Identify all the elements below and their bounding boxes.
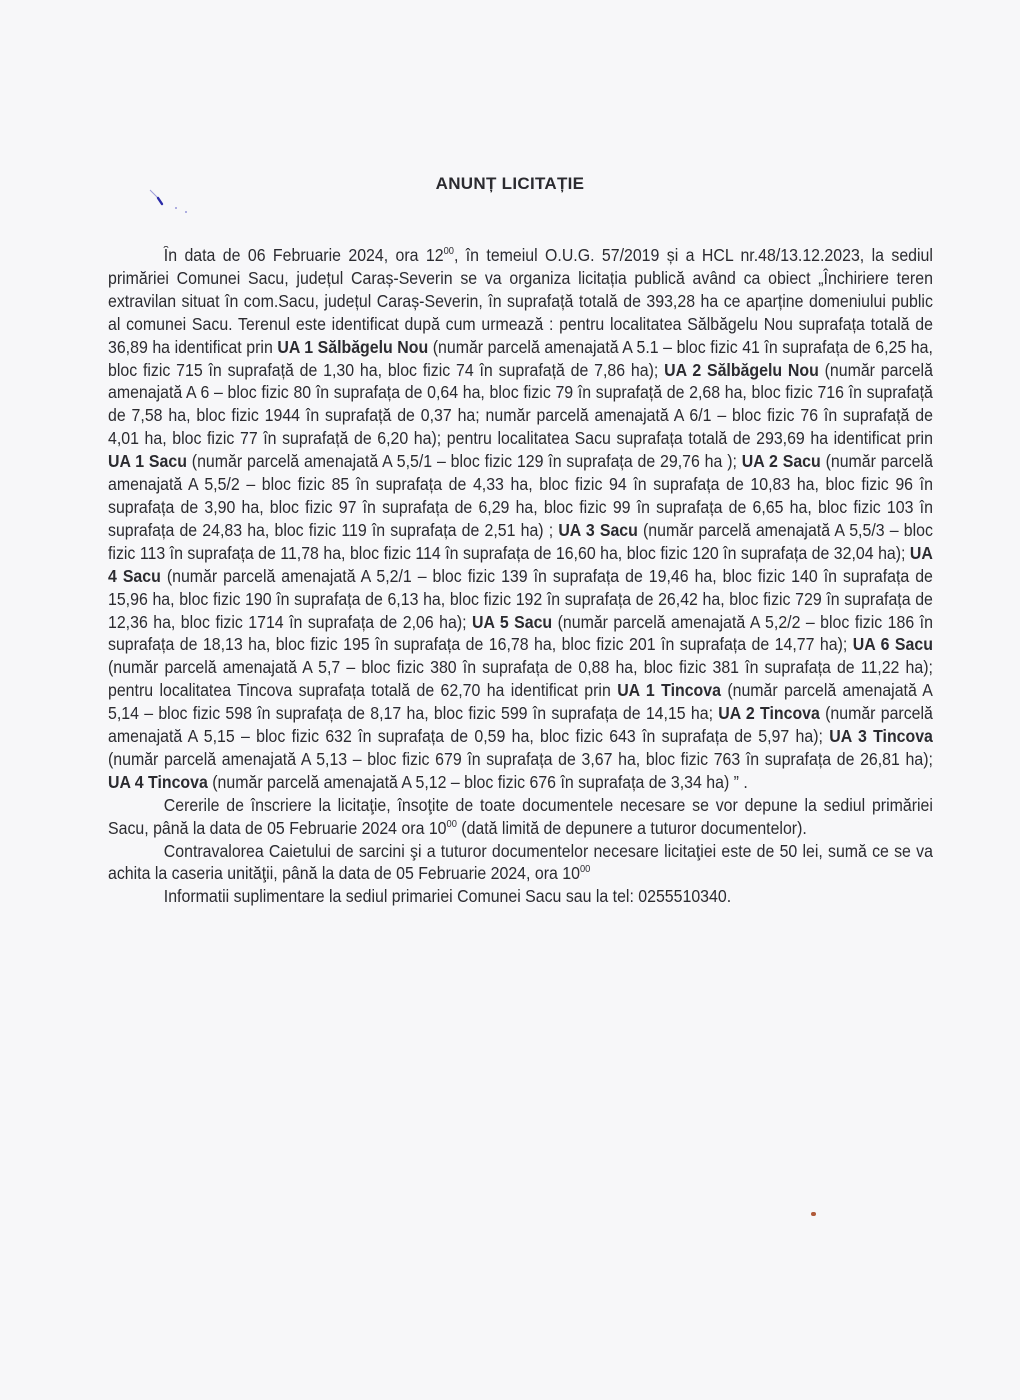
paragraph-contact: Informatii suplimentare la sediul primar… — [108, 886, 933, 909]
ink-dot-icon — [811, 1212, 816, 1216]
paragraph-announcement: În data de 06 Februarie 2024, ora 1200, … — [108, 245, 933, 795]
ua-label: UA 1 Sălbăgelu Nou — [277, 338, 428, 357]
ua-label: UA 3 Sacu — [558, 521, 638, 540]
ua-label: UA 2 Sacu — [742, 452, 821, 471]
ua-label: UA 1 Tincova — [617, 681, 721, 700]
paragraph-registration: Cererile de înscriere la licitaţie, înso… — [108, 795, 933, 841]
text-segment: În data de 06 Februarie 2024, ora 12 — [164, 246, 444, 265]
text-segment: Contravalorea Caietului de sarcini şi a … — [108, 842, 933, 884]
scanned-page: ANUNȚ LICITAȚIE În data de 06 Februarie … — [0, 0, 1020, 1400]
text-segment: Informatii suplimentare la sediul primar… — [164, 887, 731, 906]
document-body: În data de 06 Februarie 2024, ora 1200, … — [108, 245, 933, 909]
ua-label: UA 4 Tincova — [108, 773, 208, 792]
text-segment: (număr parcelă amenajată A 5,12 – bloc f… — [208, 773, 748, 792]
time-minutes-sup: 00 — [580, 864, 590, 875]
time-minutes-sup: 00 — [447, 819, 457, 830]
ua-label: UA 5 Sacu — [472, 613, 552, 632]
ua-label: UA 2 Sălbăgelu Nou — [664, 361, 819, 380]
ua-label: UA 2 Tincova — [718, 704, 820, 723]
time-minutes-sup: 00 — [444, 246, 454, 257]
ua-label: UA 1 Sacu — [108, 452, 187, 471]
pen-mark-icon — [148, 188, 208, 218]
ua-label: UA 3 Tincova — [829, 727, 933, 746]
paragraph-fee: Contravalorea Caietului de sarcini şi a … — [108, 841, 933, 887]
ua-label: UA 6 Sacu — [853, 635, 933, 654]
text-segment: (număr parcelă amenajată A 5,13 – bloc f… — [108, 750, 933, 769]
text-segment: (număr parcelă amenajată A 5,5/1 – bloc … — [187, 452, 742, 471]
text-segment: (dată limită de depunere a tuturor docum… — [457, 819, 807, 838]
